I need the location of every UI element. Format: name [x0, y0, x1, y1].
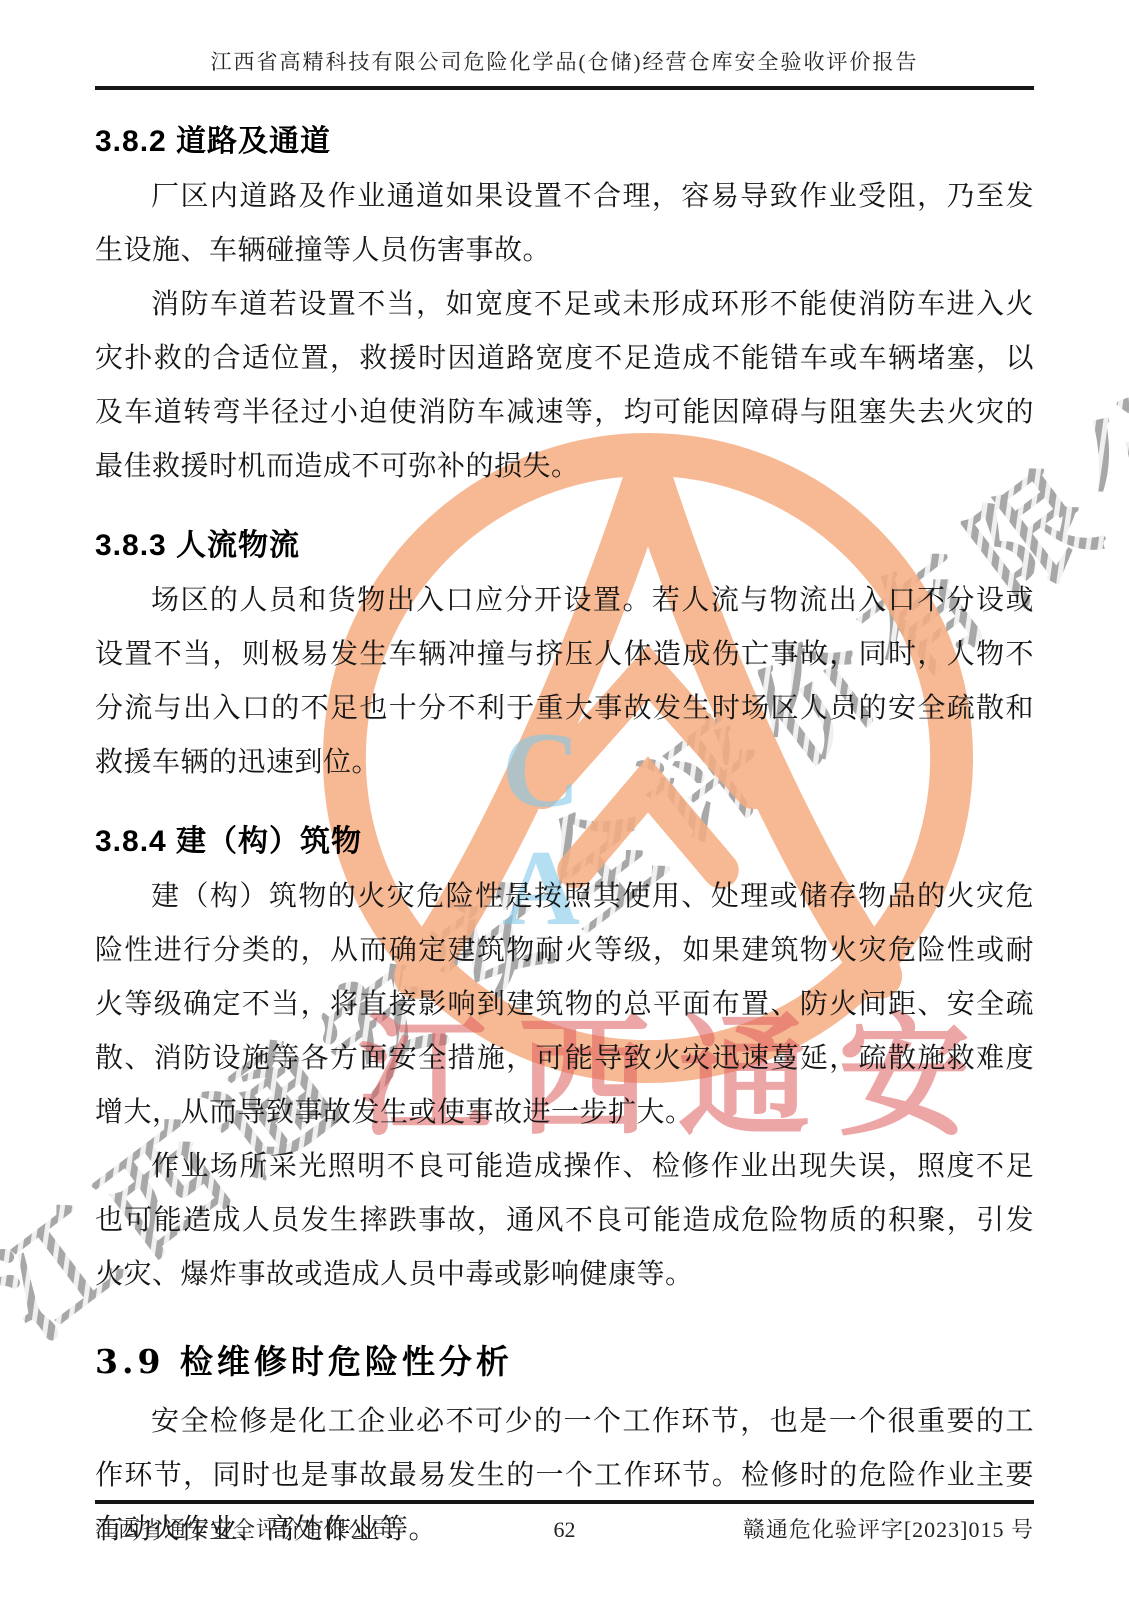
paragraph: 作业场所采光照明不良可能造成操作、检修作业出现失误，照度不足也可能造成人员发生摔…	[95, 1140, 1034, 1302]
paragraph: 厂区内道路及作业通道如果设置不合理，容易导致作业受阻，乃至发生设施、车辆碰撞等人…	[95, 170, 1034, 278]
page-header-title: 江西省高精科技有限公司危险化学品(仓储)经营仓库安全验收评价报告	[95, 46, 1034, 90]
section-heading: 3.9 检维修时危险性分析	[95, 1336, 1034, 1383]
paragraph: 建（构）筑物的火灾危险性是按照其使用、处理或储存物品的火灾危险性进行分类的，从而…	[95, 870, 1034, 1140]
document-content: 江西省高精科技有限公司危险化学品(仓储)经营仓库安全验收评价报告 3.8.2 道…	[0, 0, 1129, 1557]
footer-page-number: 62	[554, 1517, 576, 1543]
section-heading: 3.8.4 建（构）筑物	[95, 816, 1034, 860]
document-body: 3.8.2 道路及通道厂区内道路及作业通道如果设置不合理，容易导致作业受阻，乃至…	[95, 116, 1034, 1557]
paragraph: 消防车道若设置不当，如宽度不足或未形成环形不能使消防车进入火灾扑救的合适位置，救…	[95, 278, 1034, 494]
section-heading: 3.8.2 道路及通道	[95, 116, 1034, 160]
page-footer: 江西省通安安全评价有限公司 62 赣通危化验评字[2023]015 号	[95, 1500, 1034, 1544]
footer-company: 江西省通安安全评价有限公司	[95, 1513, 554, 1544]
footer-doc-number: 赣通危化验评字[2023]015 号	[576, 1513, 1035, 1544]
report-page: 江西通安安全评价有限公司 C A 江西通安 江西省高精科技有限公司危险化学品(仓…	[0, 0, 1129, 1600]
paragraph: 场区的人员和货物出入口应分开设置。若人流与物流出入口不分设或设置不当，则极易发生…	[95, 574, 1034, 790]
section-heading: 3.8.3 人流物流	[95, 520, 1034, 564]
